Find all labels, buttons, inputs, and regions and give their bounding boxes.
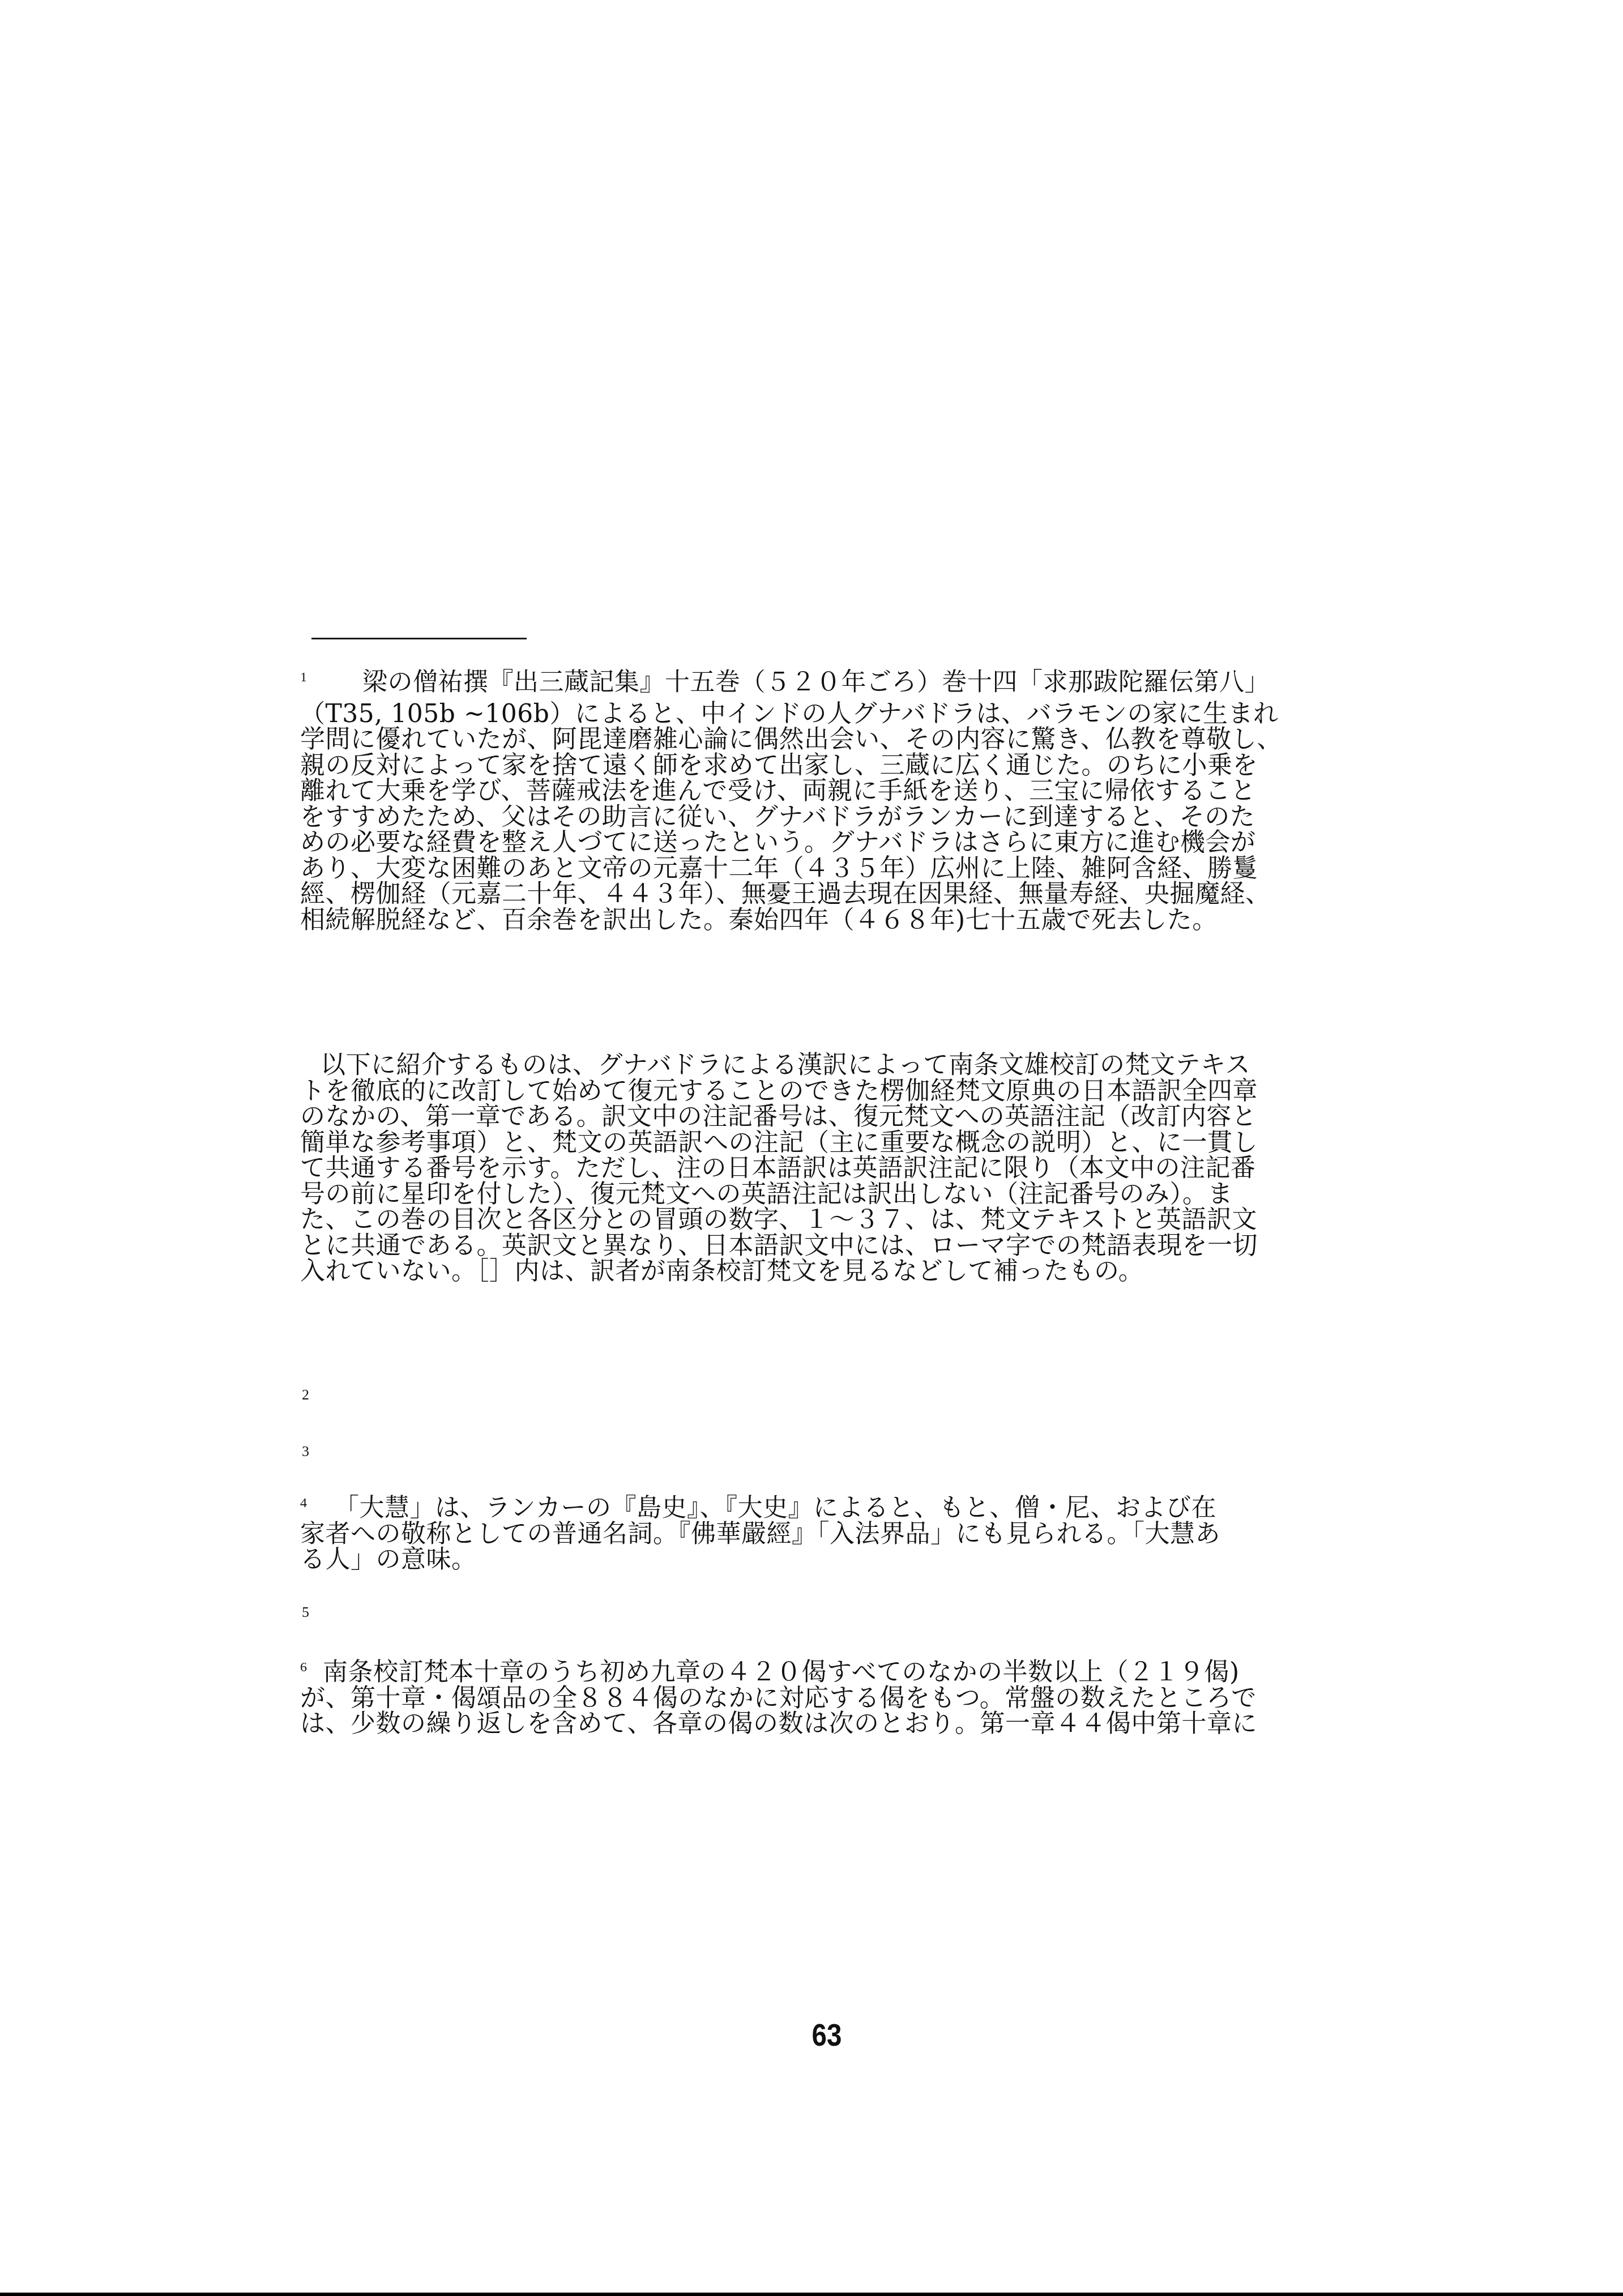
- paragraph-2-line-2: トを徹底的に改訂して始めて復元することのできた楞伽経梵文原典の日本語訳全四章: [300, 1078, 1393, 1104]
- footnote-marker-2: 2: [302, 1386, 309, 1403]
- paragraph-2-line-5: て共通する番号を示す。ただし、注の日本語訳は英語訳注記に限り（本文中の注記番: [300, 1155, 1393, 1181]
- footnote-4-line-2: 家者への敬称としての普通名詞。『佛華嚴經』「入法界品」にも見られる。「大慧あ: [300, 1521, 1393, 1547]
- footnote-6: 6南条校訂梵本十章のうち初め九章の４２０偈すべてのなかの半数以上（２１９偈) が…: [300, 1659, 1393, 1737]
- footnote-1-line-9: 經、楞伽経（元嘉二十年、４４３年）、無憂王過去現在因果経、無量寿経、央掘魔経、: [300, 881, 1393, 907]
- footnote-1-paragraph-2: 以下に紹介するものは、グナバドラによる漢訳によって南条文雄校訂の梵文テキス トを…: [300, 1052, 1393, 1284]
- footnote-1-line-3: 学問に優れていたが、阿毘達磨雑心論に偶然出会い、その内容に驚き、仏教を尊敬し、: [300, 727, 1393, 753]
- footnote-6-line-2: が、第十章・偈頌品の全８８４偈のなかに対応する偈をもつ。常盤の数えたところで: [300, 1685, 1393, 1712]
- footnote-1: 1梁の僧祐撰『出三蔵記集』十五巻（５２０年ごろ）巻十四「求那跋陀羅伝第八」 （T…: [300, 669, 1393, 933]
- footnote-6-line-3: は、少数の繰り返しを含めて、各章の偈の数は次のとおり。第一章４４偈中第十章に: [300, 1711, 1393, 1737]
- footnote-separator-rule: [311, 638, 527, 639]
- footnote-1-line-2: （T35, 105b ~106b）によると、中インドの人グナバドラは、バラモンの…: [300, 701, 1393, 727]
- paragraph-2-line-9: 入れていない。［］内は、訳者が南条校訂梵文を見るなどして補ったもの。: [300, 1258, 1393, 1284]
- scan-edge-band: [0, 2293, 1623, 2296]
- document-page: 1梁の僧祐撰『出三蔵記集』十五巻（５２０年ごろ）巻十四「求那跋陀羅伝第八」 （T…: [0, 0, 1623, 2296]
- footnote-4-line-3: る人」の意味。: [300, 1547, 1393, 1573]
- paragraph-2-line-8: とに共通である。英訳文と異なり、日本語訳文中には、ローマ字での梵語表現を一切: [300, 1233, 1393, 1259]
- paragraph-2-line-3: のなかの、第一章である。訳文中の注記番号は、復元梵文への英語注記（改訂内容と: [300, 1104, 1393, 1130]
- footnote-marker-1: 1: [300, 671, 323, 684]
- paragraph-2-line-7: た、この巻の目次と各区分との冒頭の数字、１～３７、は、梵文テキストと英語訳文: [300, 1207, 1393, 1233]
- footnote-1-line-6: をすすめたため、父はその助言に従い、グナバドラがランカーに到達すると、そのた: [300, 804, 1393, 830]
- paragraph-2-line-4: 簡単な参考事項）と、梵文の英語訳への注記（主に重要な概念の説明）と、に一貫し: [300, 1130, 1393, 1156]
- footnote-1-line-7: めの必要な経費を整え人づてに送ったという。グナバドラはさらに東方に進む機会が: [300, 830, 1393, 856]
- page-number: 63: [798, 2016, 856, 2053]
- footnote-4-line-1: 4「大慧」は、ランカーの『島史』、『大史』によると、もと、僧・尼、および在: [300, 1495, 1393, 1521]
- footnote-marker-5: 5: [302, 1604, 309, 1621]
- footnote-1-line-10: 相続解脱経など、百余巻を訳出した。秦始四年（４６８年)七十五歳で死去した。: [300, 907, 1393, 933]
- footnote-4: 4「大慧」は、ランカーの『島史』、『大史』によると、もと、僧・尼、および在 家者…: [300, 1495, 1393, 1573]
- footnote-1-line-1: 1梁の僧祐撰『出三蔵記集』十五巻（５２０年ごろ）巻十四「求那跋陀羅伝第八」: [300, 669, 1393, 695]
- paragraph-2-line-1: 以下に紹介するものは、グナバドラによる漢訳によって南条文雄校訂の梵文テキス: [300, 1052, 1393, 1078]
- paragraph-2-line-6: 号の前に星印を付した）、復元梵文への英語注記は訳出しない（注記番号のみ）。ま: [300, 1181, 1393, 1207]
- footnote-marker-6: 6: [300, 1661, 323, 1674]
- footnote-1-line-5: 離れて大乗を学び、菩薩戒法を進んで受け、両親に手紙を送り、三宝に帰依すること: [300, 778, 1393, 804]
- footnote-1-line-8: あり、大変な困難のあと文帝の元嘉十二年（４３５年）広州に上陸、雑阿含経、勝鬘: [300, 856, 1393, 882]
- footnote-marker-3: 3: [302, 1443, 309, 1460]
- footnote-1-line-4: 親の反対によって家を捨て遠く師を求めて出家し、三蔵に広く通じた。のちに小乗を: [300, 753, 1393, 779]
- footnote-marker-4: 4: [300, 1496, 323, 1510]
- footnote-6-line-1: 6南条校訂梵本十章のうち初め九章の４２０偈すべてのなかの半数以上（２１９偈): [300, 1659, 1393, 1685]
